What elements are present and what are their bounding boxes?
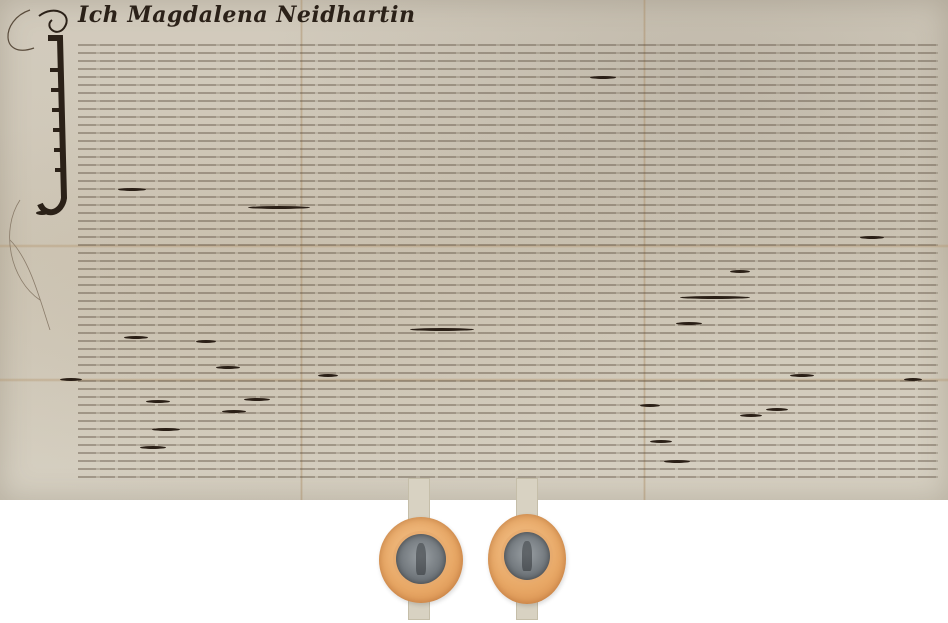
- ink-flourish: [680, 296, 750, 299]
- flourish-icon: [0, 0, 80, 330]
- ink-flourish: [860, 236, 884, 239]
- ink-flourish: [222, 410, 246, 413]
- ink-flourish: [650, 440, 672, 443]
- ink-flourish: [730, 270, 750, 273]
- ink-flourish: [676, 322, 702, 325]
- ink-flourish: [590, 76, 616, 79]
- ink-flourish: [152, 428, 180, 431]
- handwritten-text-body: [78, 40, 938, 480]
- ink-flourish: [60, 378, 82, 381]
- ink-flourish: [790, 374, 814, 377]
- ink-flourish: [124, 336, 148, 339]
- seal-impression: [396, 534, 446, 584]
- ink-flourish: [904, 378, 922, 381]
- ink-flourish: [216, 366, 240, 369]
- ink-flourish: [196, 340, 216, 343]
- ink-flourish: [318, 374, 338, 377]
- parchment-charter: Ich Magdalena Neidhartin: [0, 0, 948, 500]
- seal-figure-icon: [416, 543, 426, 575]
- document-heading: Ich Magdalena Neidhartin: [78, 2, 415, 28]
- ink-flourish: [766, 408, 788, 411]
- ink-flourish: [248, 206, 310, 209]
- ink-flourish: [740, 414, 762, 417]
- ink-flourish: [410, 328, 474, 331]
- ink-flourish: [244, 398, 270, 401]
- wax-seal-1: [379, 517, 463, 603]
- ink-flourish: [146, 400, 170, 403]
- seal-figure-icon: [522, 541, 532, 572]
- ink-flourish: [118, 188, 146, 191]
- ink-flourish: [640, 404, 660, 407]
- ink-flourish: [664, 460, 690, 463]
- ink-flourish: [140, 446, 166, 449]
- wax-seal-2: [488, 514, 566, 604]
- seal-impression: [504, 532, 550, 580]
